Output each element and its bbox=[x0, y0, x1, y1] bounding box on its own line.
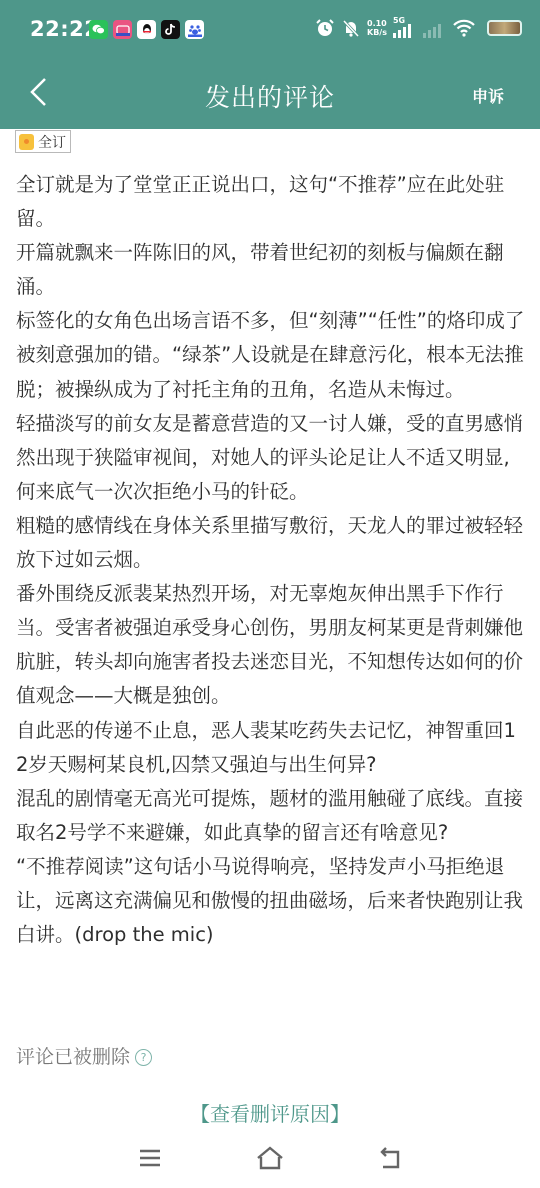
alarm-icon bbox=[315, 18, 335, 38]
system-navigation-bar bbox=[0, 1138, 540, 1178]
view-deletion-reason-link[interactable]: 【查看删评原因】 bbox=[0, 1098, 540, 1127]
deleted-status: 评论已被删除 ? bbox=[16, 1042, 152, 1069]
appeal-button[interactable]: 申诉 bbox=[472, 84, 504, 107]
status-bar: 22:22 0.10 KB/s 5G bbox=[0, 0, 540, 60]
comment-paragraph: 标签化的女角色出场言语不多，但“刻薄”“任性”的烙印成了被刻意强加的错。“绿茶”… bbox=[16, 304, 528, 406]
network-speed: 0.10 KB/s bbox=[367, 19, 387, 37]
notification-app-icons bbox=[89, 20, 204, 39]
home-icon bbox=[255, 1146, 285, 1170]
back-nav-button[interactable] bbox=[370, 1138, 410, 1178]
home-button[interactable] bbox=[250, 1138, 290, 1178]
bookmark-icon bbox=[19, 134, 34, 150]
comment-paragraph: 混乱的剧情毫无高光可提炼，题材的滥用触碰了底线。直接取名2号学不来避嫌，如此真挚… bbox=[16, 782, 528, 850]
comment-paragraph: “不推荐阅读”这句话小马说得响亮，坚持发声小马拒绝退让，远离这充满偏见和傲慢的扭… bbox=[16, 850, 528, 952]
tiktok-icon bbox=[161, 20, 180, 39]
battery-icon bbox=[487, 20, 522, 36]
wifi-icon bbox=[453, 19, 475, 37]
help-icon[interactable]: ? bbox=[135, 1049, 152, 1066]
wechat-icon bbox=[89, 20, 108, 39]
signal-5g-icon: 5G bbox=[393, 18, 417, 38]
nav-bar: 发出的评论 申诉 bbox=[0, 60, 540, 129]
baidu-icon bbox=[185, 20, 204, 39]
deleted-label: 评论已被删除 bbox=[16, 1042, 130, 1069]
comment-paragraph: 全订就是为了堂堂正正说出口，这句“不推荐”应在此处驻留。 bbox=[16, 168, 528, 236]
comment-paragraph: 粗糙的感情线在身体关系里描写敷衍，天龙人的罪过被轻轻放下过如云烟。 bbox=[16, 509, 528, 577]
comment-paragraph: 番外围绕反派裴某热烈开场，对无辜炮灰伸出黑手下作行当。受害者被强迫承受身心创伤，… bbox=[16, 577, 528, 713]
menu-icon bbox=[138, 1148, 162, 1168]
menu-button[interactable] bbox=[130, 1138, 170, 1178]
mute-bell-icon bbox=[341, 18, 361, 38]
back-arrow-icon bbox=[378, 1146, 402, 1170]
comment-paragraph: 轻描淡写的前女友是蓄意营造的又一讨人嫌，受的直男感悄然出现于狭隘审视间，对她人的… bbox=[16, 407, 528, 509]
status-indicators: 0.10 KB/s 5G bbox=[315, 18, 522, 38]
signal-secondary-icon bbox=[423, 18, 447, 38]
comment-paragraph: 开篇就飘来一阵陈旧的风，带着世纪初的刻板与偏颇在翻涌。 bbox=[16, 236, 528, 304]
bilibili-icon bbox=[113, 20, 132, 39]
qq-icon bbox=[137, 20, 156, 39]
badge-label: 全订 bbox=[38, 132, 66, 152]
page-title: 发出的评论 bbox=[0, 78, 540, 114]
subscription-badge: 全订 bbox=[15, 130, 71, 153]
comment-paragraph: 自此恶的传递不止息，恶人裴某吃药失去记忆，神智重回12岁天赐柯某良机,囚禁又强迫… bbox=[16, 714, 528, 782]
comment-body: 全订就是为了堂堂正正说出口，这句“不推荐”应在此处驻留。 开篇就飘来一阵陈旧的风… bbox=[16, 168, 528, 952]
